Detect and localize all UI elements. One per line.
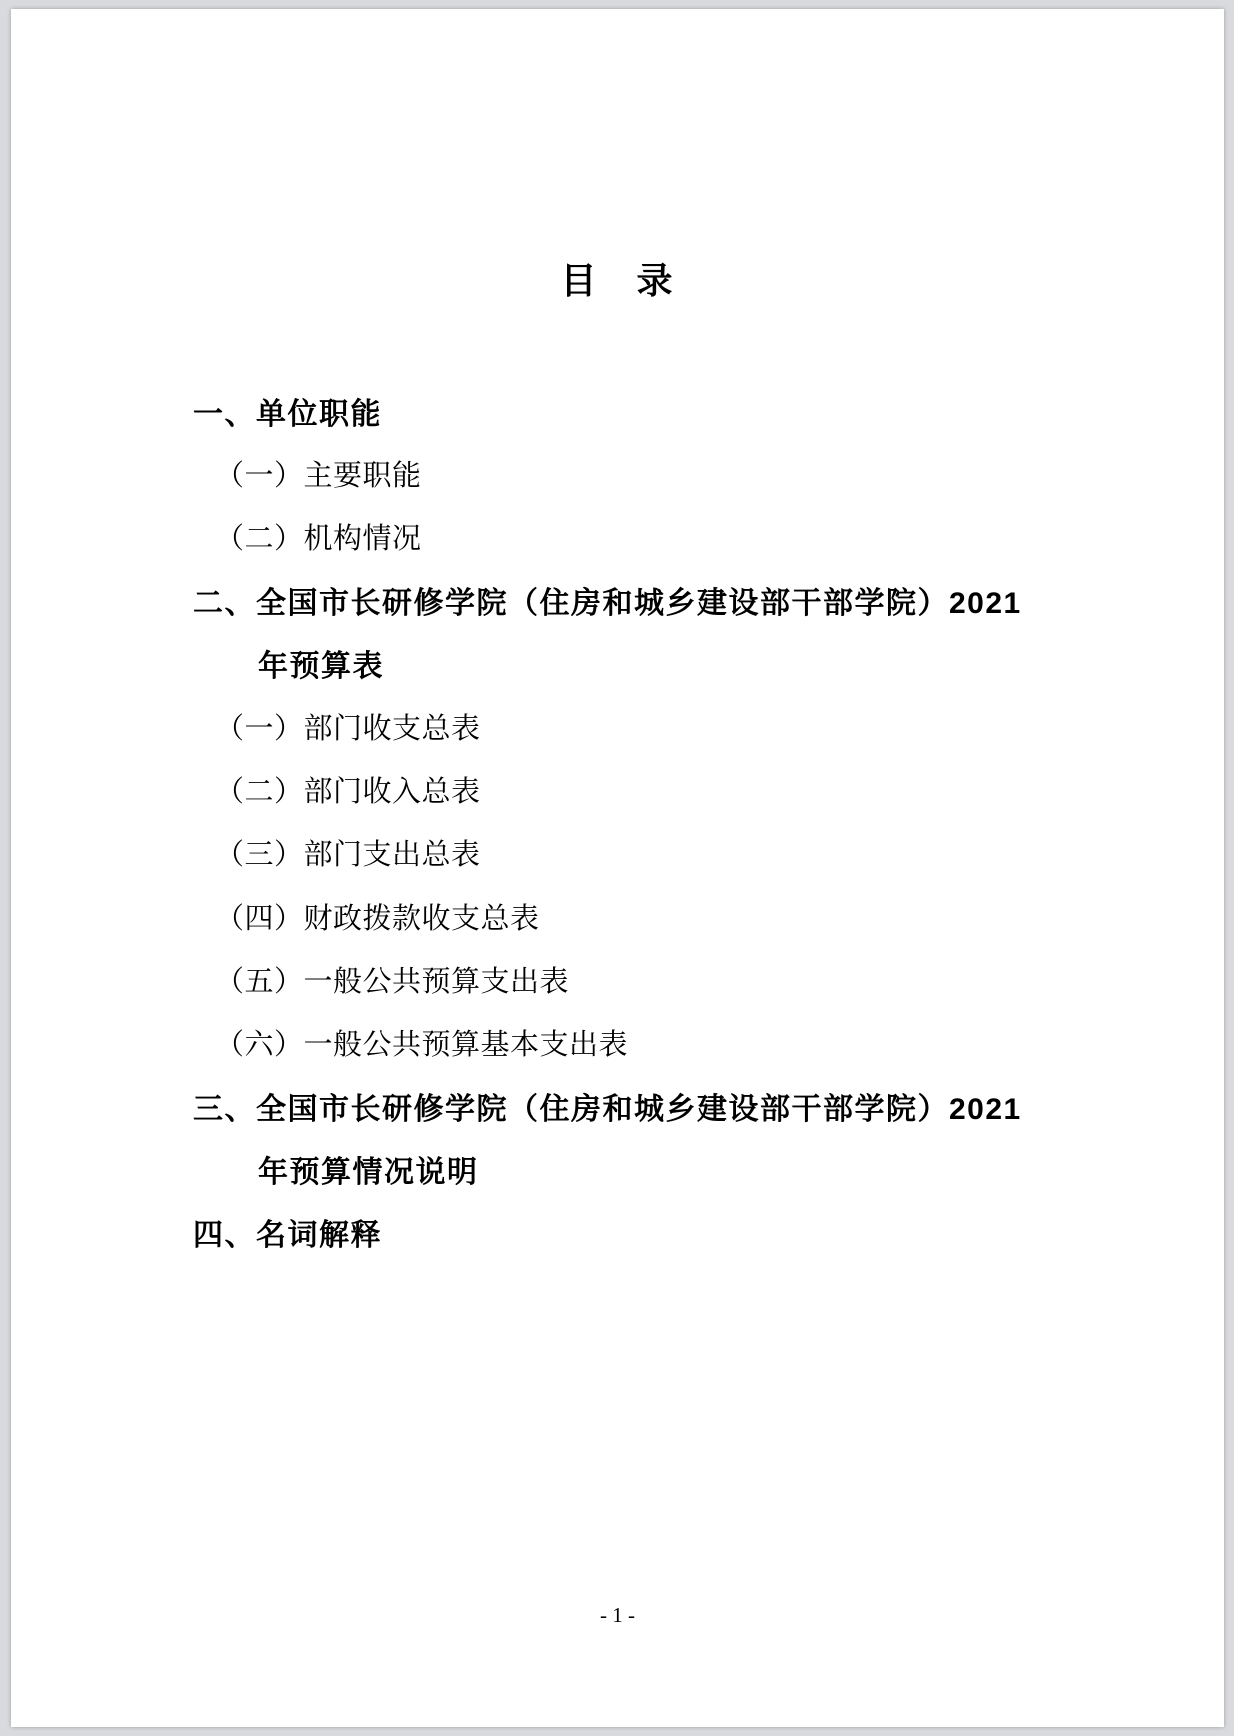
toc-item: （三）部门支出总表 <box>11 821 1224 884</box>
toc-item: 三、全国市长研修学院（住房和城乡建设部干部学院）2021 <box>11 1074 1224 1137</box>
toc-item: （五）一般公共预算支出表 <box>11 948 1224 1011</box>
toc-item: （一）部门收支总表 <box>11 695 1224 758</box>
document-viewer: 目 录 一、单位职能（一）主要职能（二）机构情况二、全国市长研修学院（住房和城乡… <box>0 0 1234 1736</box>
toc-item: 年预算表 <box>11 632 1224 695</box>
toc-item: （二）机构情况 <box>11 505 1224 568</box>
toc-item: 年预算情况说明 <box>11 1137 1224 1200</box>
toc-item: （四）财政拨款收支总表 <box>11 885 1224 948</box>
document-page: 目 录 一、单位职能（一）主要职能（二）机构情况二、全国市长研修学院（住房和城乡… <box>11 9 1224 1727</box>
page-title: 目 录 <box>11 261 1224 301</box>
toc-item: （二）部门收入总表 <box>11 758 1224 821</box>
toc-item: 二、全国市长研修学院（住房和城乡建设部干部学院）2021 <box>11 569 1224 632</box>
toc-item: 一、单位职能 <box>11 379 1224 442</box>
toc-item: （一）主要职能 <box>11 442 1224 505</box>
page-number: - 1 - <box>11 1603 1224 1628</box>
toc-list: 一、单位职能（一）主要职能（二）机构情况二、全国市长研修学院（住房和城乡建设部干… <box>11 379 1224 1264</box>
toc-item: 四、名词解释 <box>11 1200 1224 1263</box>
toc-item: （六）一般公共预算基本支出表 <box>11 1011 1224 1074</box>
